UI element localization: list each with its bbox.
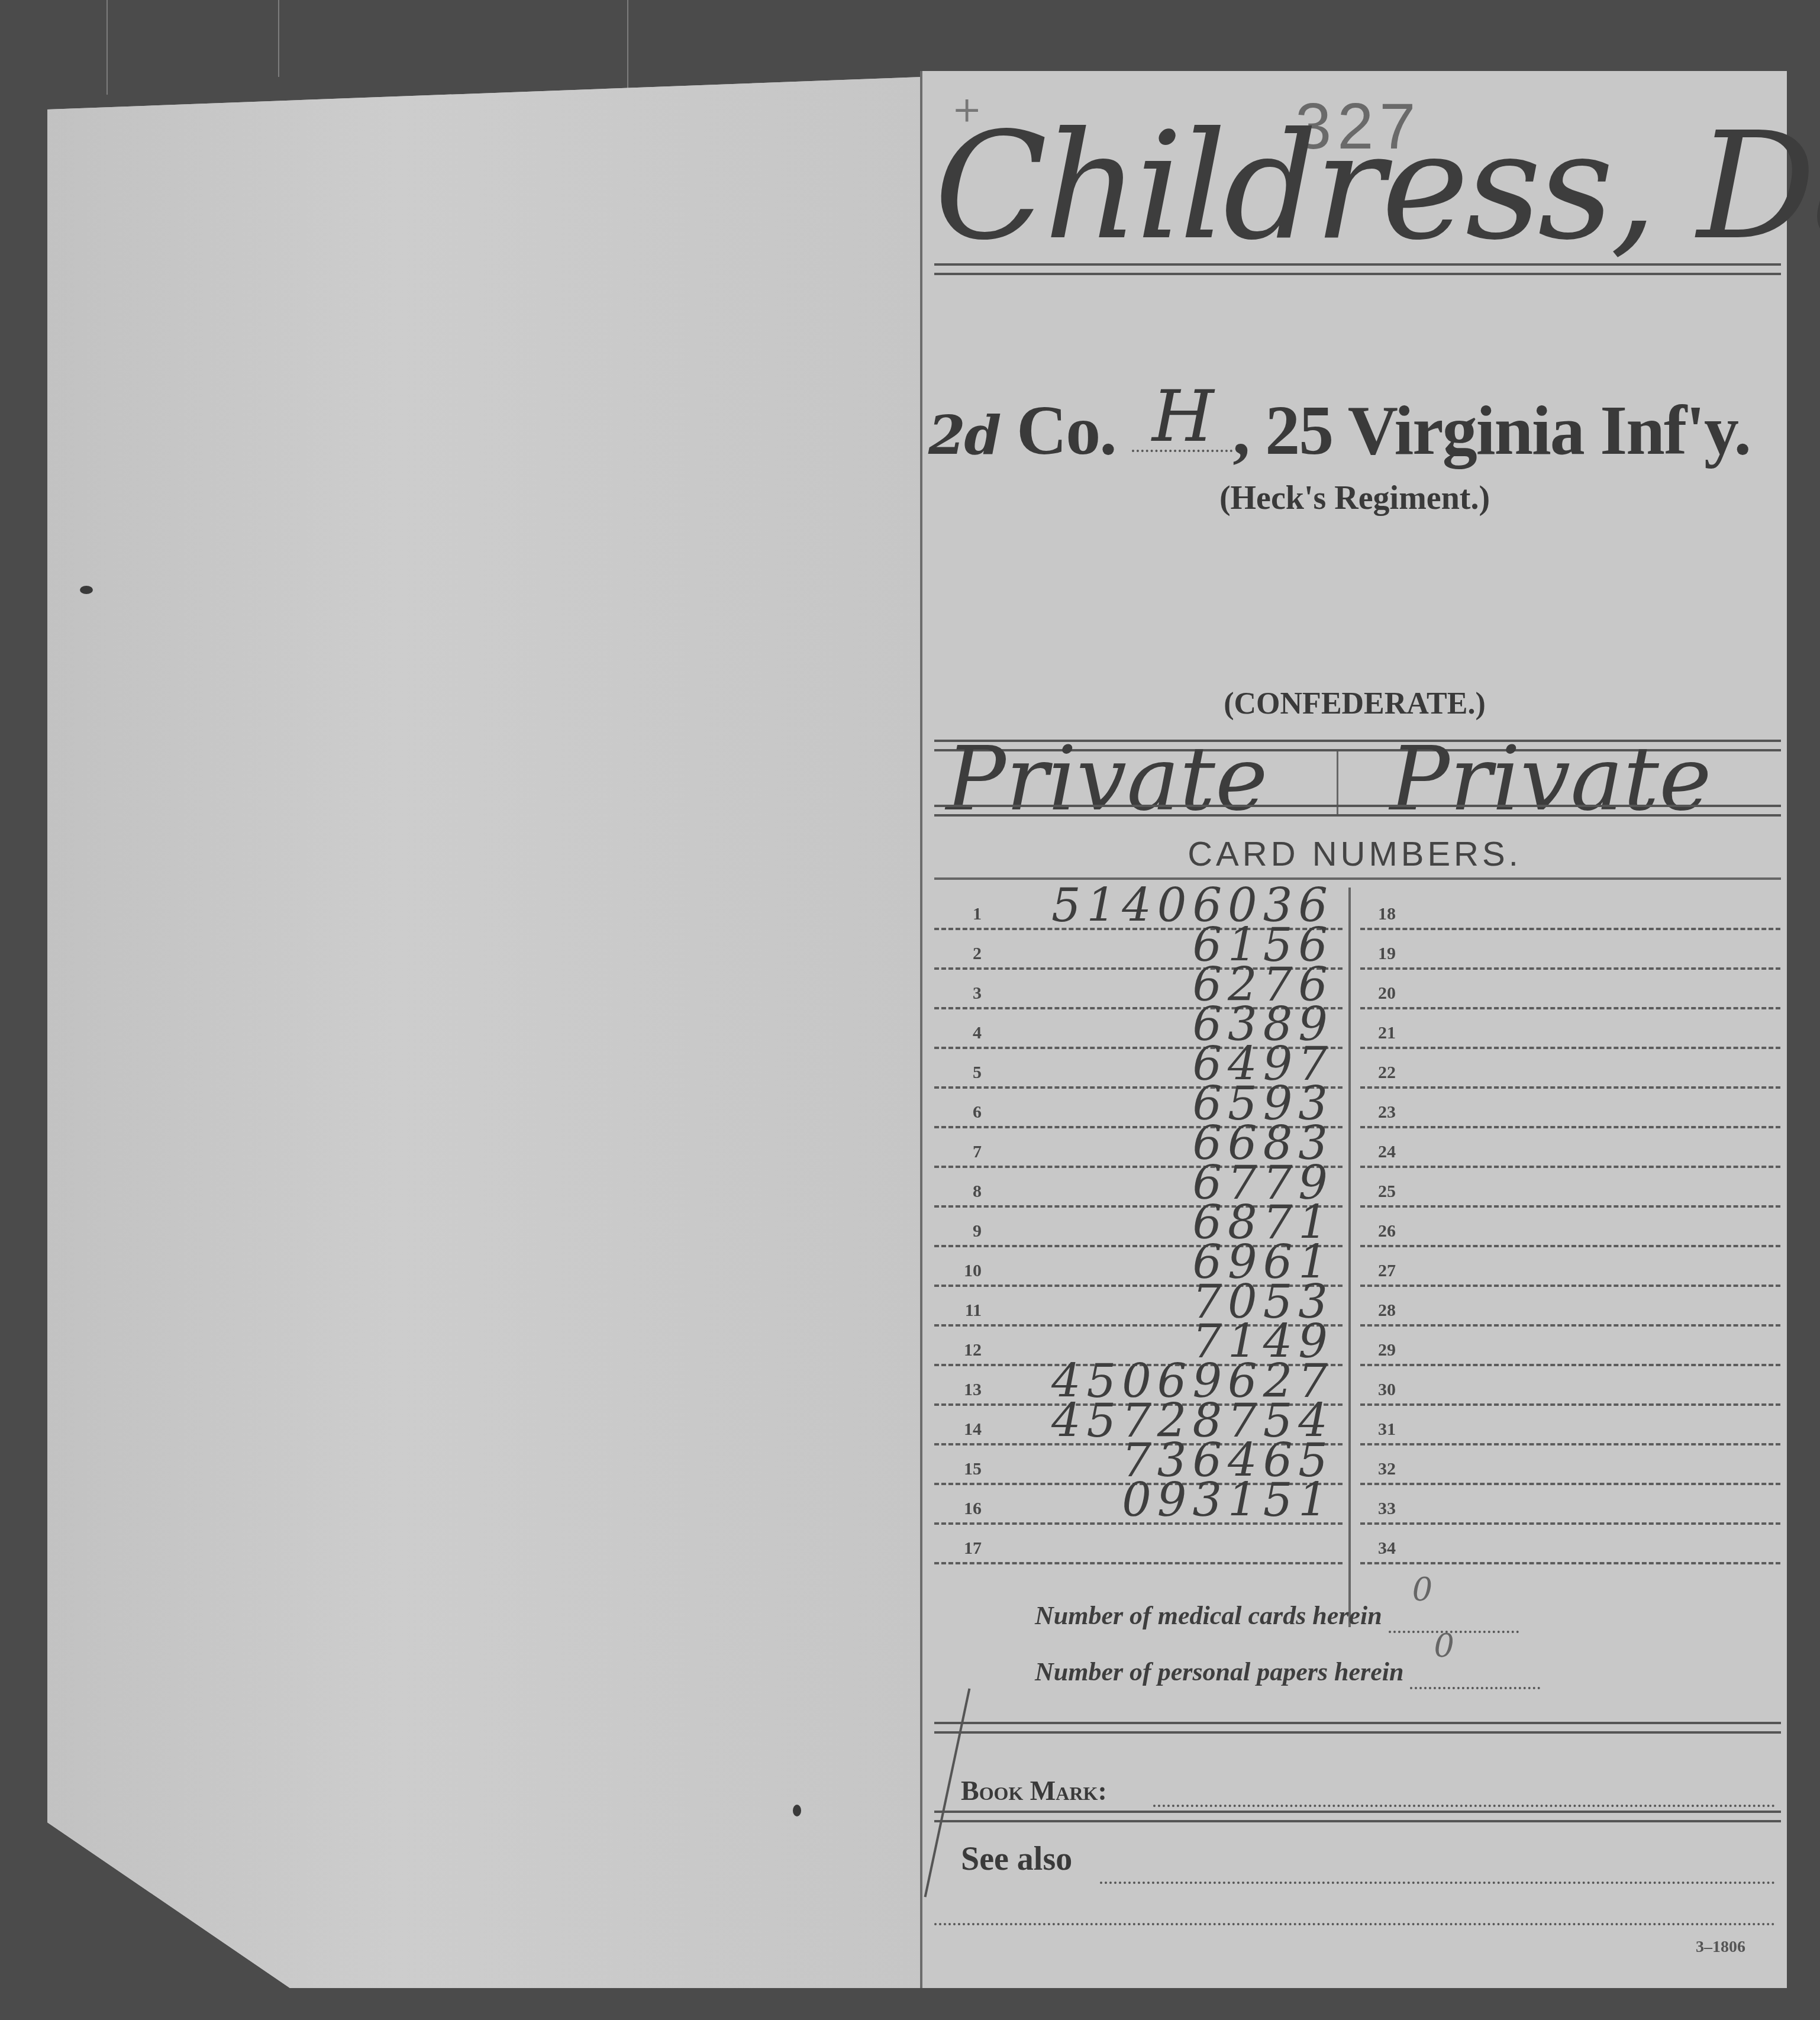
personal-papers-line: Number of personal papers herein 0 — [1035, 1657, 1540, 1689]
card-row: 18 — [1360, 890, 1780, 930]
card-row: 31 — [1360, 1406, 1780, 1445]
row-number: 24 — [1360, 1142, 1396, 1162]
personal-papers-label: Number of personal papers herein — [1035, 1657, 1403, 1686]
ink-spot — [80, 586, 93, 594]
row-number: 1 — [934, 904, 982, 924]
row-number: 10 — [934, 1261, 982, 1281]
card-row: 16093151 — [934, 1485, 1343, 1525]
row-number: 34 — [1360, 1538, 1396, 1558]
company-label: Co. — [1017, 392, 1116, 469]
affiliation-label: (CONFEDERATE.) — [922, 686, 1787, 721]
section-rule — [934, 1811, 1781, 1822]
film-scratch — [627, 0, 628, 89]
section-rule — [934, 1722, 1781, 1734]
row-number: 14 — [934, 1419, 982, 1440]
row-number: 30 — [1360, 1380, 1396, 1400]
regiment-subtitle: (Heck's Regiment.) — [922, 479, 1787, 517]
card-row: 26 — [1360, 1208, 1780, 1247]
soldier-name: Childress, David D — [934, 112, 1820, 260]
row-number: 9 — [934, 1221, 982, 1241]
see-also-field — [1100, 1882, 1775, 1884]
row-number: 19 — [1360, 944, 1396, 964]
film-scratch — [278, 0, 279, 77]
row-number: 22 — [1360, 1063, 1396, 1083]
name-underline — [934, 263, 1781, 275]
regiment-name: , 25 Virginia Inf'y. — [1232, 392, 1750, 469]
card-row: 34 — [1360, 1525, 1780, 1564]
card-row: 28 — [1360, 1287, 1780, 1327]
card-row: 33 — [1360, 1485, 1780, 1525]
left-page-blank-cover — [47, 77, 923, 1988]
card-numbers-table: 151406036 26156 36276 46389 56497 66593 … — [934, 882, 1780, 1627]
row-number: 15 — [934, 1459, 982, 1479]
paper-texture — [47, 77, 923, 1988]
row-number: 29 — [1360, 1340, 1396, 1360]
row-number: 4 — [934, 1023, 982, 1043]
row-number: 3 — [934, 983, 982, 1003]
row-number: 26 — [1360, 1221, 1396, 1241]
personal-papers-value: 0 — [1434, 1627, 1454, 1664]
column-divider — [1348, 888, 1351, 1627]
row-number: 2 — [934, 944, 982, 964]
row-number: 8 — [934, 1182, 982, 1202]
medical-cards-value: 0 — [1412, 1571, 1432, 1608]
card-row: 21 — [1360, 1009, 1780, 1049]
row-number: 18 — [1360, 904, 1396, 924]
card-row: 23 — [1360, 1089, 1780, 1128]
company-prefix: 2d — [928, 404, 1001, 467]
card-row: 30 — [1360, 1366, 1780, 1406]
row-number: 33 — [1360, 1499, 1396, 1519]
card-row: 17 — [934, 1525, 1343, 1564]
card-number-value: 093151 — [1122, 1474, 1334, 1527]
rank-rule-bottom — [934, 805, 1781, 817]
book-mark-label: Book Mark: — [961, 1775, 1107, 1806]
unit-heading: 2d Co. H, 25 Virginia Inf'y. — [928, 391, 1750, 471]
card-row: 22 — [1360, 1049, 1780, 1089]
bottom-field-line — [934, 1923, 1775, 1925]
row-number: 16 — [934, 1499, 982, 1519]
card-row: 29 — [1360, 1327, 1780, 1366]
row-number: 12 — [934, 1340, 982, 1360]
company-letter: H — [1132, 385, 1232, 452]
card-row: 20 — [1360, 970, 1780, 1009]
row-number: 5 — [934, 1063, 982, 1083]
row-number: 11 — [934, 1301, 982, 1321]
row-number: 17 — [934, 1538, 982, 1558]
film-scratch — [107, 0, 108, 95]
card-row: 19 — [1360, 930, 1780, 970]
row-number: 6 — [934, 1102, 982, 1122]
card-row: 32 — [1360, 1445, 1780, 1485]
card-row: 24 — [1360, 1128, 1780, 1168]
record-jacket-front: + 327 Childress, David D 2d Co. H, 25 Vi… — [920, 71, 1787, 1988]
row-number: 31 — [1360, 1419, 1396, 1440]
personal-papers-field: 0 — [1410, 1657, 1540, 1689]
row-number: 28 — [1360, 1301, 1396, 1321]
form-code: 3–1806 — [1696, 1938, 1745, 1957]
book-mark-field — [1153, 1805, 1775, 1807]
row-number: 27 — [1360, 1261, 1396, 1281]
row-number: 20 — [1360, 983, 1396, 1003]
see-also-label: See also — [961, 1840, 1072, 1878]
card-row: 27 — [1360, 1247, 1780, 1287]
row-number: 21 — [1360, 1023, 1396, 1043]
row-number: 23 — [1360, 1102, 1396, 1122]
card-numbers-heading: CARD NUMBERS. — [922, 834, 1787, 874]
medical-cards-label: Number of medical cards herein — [1035, 1601, 1382, 1630]
row-number: 7 — [934, 1142, 982, 1162]
card-row: 25 — [1360, 1168, 1780, 1208]
row-number: 25 — [1360, 1182, 1396, 1202]
row-number: 13 — [934, 1380, 982, 1400]
ink-spot — [793, 1805, 801, 1816]
row-number: 32 — [1360, 1459, 1396, 1479]
